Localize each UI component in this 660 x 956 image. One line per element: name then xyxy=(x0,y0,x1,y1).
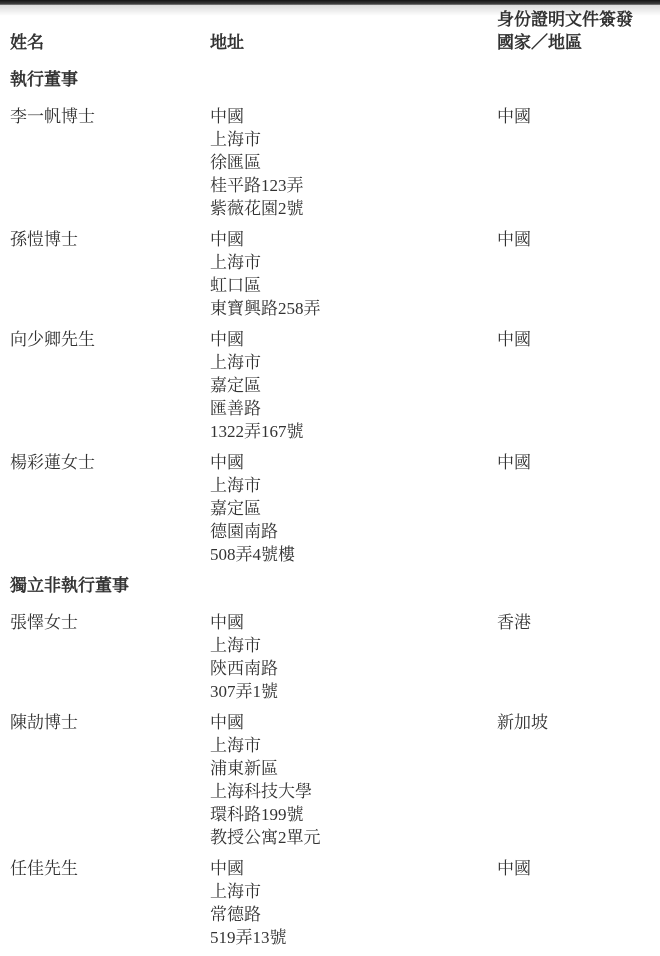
address-line: 307弄1號 xyxy=(210,680,497,703)
director-address: 中國 上海市 陝西南路 307弄1號 xyxy=(210,611,497,703)
column-header-name: 姓名 xyxy=(10,31,210,54)
director-name: 任佳先生 xyxy=(10,857,210,949)
section-title-executive-directors: 執行董事 xyxy=(10,68,648,91)
column-header-id-issue-line1: 身份證明文件簽發 xyxy=(497,8,648,31)
address-line: 虹口區 xyxy=(210,274,497,297)
director-name: 陳劼博士 xyxy=(10,711,210,849)
address-line: 浦東新區 xyxy=(210,757,497,780)
address-line: 上海市 xyxy=(210,474,497,497)
table-header-row: 姓名 地址 身份證明文件簽發 國家／地區 xyxy=(10,8,648,54)
id-issue-country: 中國 xyxy=(497,451,648,566)
address-line: 上海市 xyxy=(210,634,497,657)
column-header-id-issue-line2: 國家／地區 xyxy=(497,31,648,54)
id-issue-country: 中國 xyxy=(497,105,648,220)
address-line: 徐匯區 xyxy=(210,151,497,174)
address-line: 中國 xyxy=(210,711,497,734)
address-line: 教授公寓2單元 xyxy=(210,826,497,849)
address-line: 上海科技大學 xyxy=(210,780,497,803)
director-name: 孫愷博士 xyxy=(10,228,210,320)
address-line: 508弄4號樓 xyxy=(210,543,497,566)
address-line: 1322弄167號 xyxy=(210,420,497,443)
address-line: 中國 xyxy=(210,328,497,351)
address-line: 中國 xyxy=(210,857,497,880)
id-issue-country: 中國 xyxy=(497,228,648,320)
director-address: 中國 上海市 嘉定區 德園南路 508弄4號樓 xyxy=(210,451,497,566)
address-line: 中國 xyxy=(210,451,497,474)
address-line: 桂平路123弄 xyxy=(210,174,497,197)
address-line: 紫薇花園2號 xyxy=(210,197,497,220)
address-line: 上海市 xyxy=(210,128,497,151)
address-line: 上海市 xyxy=(210,880,497,903)
section-title-independent-non-executive-directors: 獨立非執行董事 xyxy=(10,574,648,597)
column-header-address: 地址 xyxy=(210,31,497,54)
table-row: 向少卿先生 中國 上海市 嘉定區 匯善路 1322弄167號 中國 xyxy=(10,328,648,443)
table-row: 陳劼博士 中國 上海市 浦東新區 上海科技大學 環科路199號 教授公寓2單元 … xyxy=(10,711,648,849)
address-line: 519弄13號 xyxy=(210,926,497,949)
address-line: 中國 xyxy=(210,105,497,128)
director-address: 中國 上海市 徐匯區 桂平路123弄 紫薇花園2號 xyxy=(210,105,497,220)
address-line: 匯善路 xyxy=(210,397,497,420)
address-line: 東寶興路258弄 xyxy=(210,297,497,320)
director-address: 中國 上海市 虹口區 東寶興路258弄 xyxy=(210,228,497,320)
director-address: 中國 上海市 浦東新區 上海科技大學 環科路199號 教授公寓2單元 xyxy=(210,711,497,849)
table-row: 楊彩蓮女士 中國 上海市 嘉定區 德園南路 508弄4號樓 中國 xyxy=(10,451,648,566)
address-line: 上海市 xyxy=(210,251,497,274)
address-line: 德園南路 xyxy=(210,520,497,543)
director-name: 張懌女士 xyxy=(10,611,210,703)
id-issue-country: 香港 xyxy=(497,611,648,703)
table-row: 任佳先生 中國 上海市 常德路 519弄13號 中國 xyxy=(10,857,648,949)
director-name: 向少卿先生 xyxy=(10,328,210,443)
table-row: 李一帆博士 中國 上海市 徐匯區 桂平路123弄 紫薇花園2號 中國 xyxy=(10,105,648,220)
id-issue-country: 中國 xyxy=(497,857,648,949)
address-line: 嘉定區 xyxy=(210,497,497,520)
column-header-id-issue: 身份證明文件簽發 國家／地區 xyxy=(497,8,648,54)
address-line: 上海市 xyxy=(210,351,497,374)
director-name: 楊彩蓮女士 xyxy=(10,451,210,566)
address-line: 常德路 xyxy=(210,903,497,926)
id-issue-country: 新加坡 xyxy=(497,711,648,849)
director-address: 中國 上海市 常德路 519弄13號 xyxy=(210,857,497,949)
table-row: 孫愷博士 中國 上海市 虹口區 東寶興路258弄 中國 xyxy=(10,228,648,320)
director-address: 中國 上海市 嘉定區 匯善路 1322弄167號 xyxy=(210,328,497,443)
director-name: 李一帆博士 xyxy=(10,105,210,220)
address-line: 上海市 xyxy=(210,734,497,757)
address-line: 中國 xyxy=(210,228,497,251)
address-line: 中國 xyxy=(210,611,497,634)
directors-list-page: 姓名 地址 身份證明文件簽發 國家／地區 執行董事 李一帆博士 中國 上海市 徐… xyxy=(0,0,660,949)
address-line: 嘉定區 xyxy=(210,374,497,397)
address-line: 陝西南路 xyxy=(210,657,497,680)
address-line: 環科路199號 xyxy=(210,803,497,826)
table-row: 張懌女士 中國 上海市 陝西南路 307弄1號 香港 xyxy=(10,611,648,703)
id-issue-country: 中國 xyxy=(497,328,648,443)
